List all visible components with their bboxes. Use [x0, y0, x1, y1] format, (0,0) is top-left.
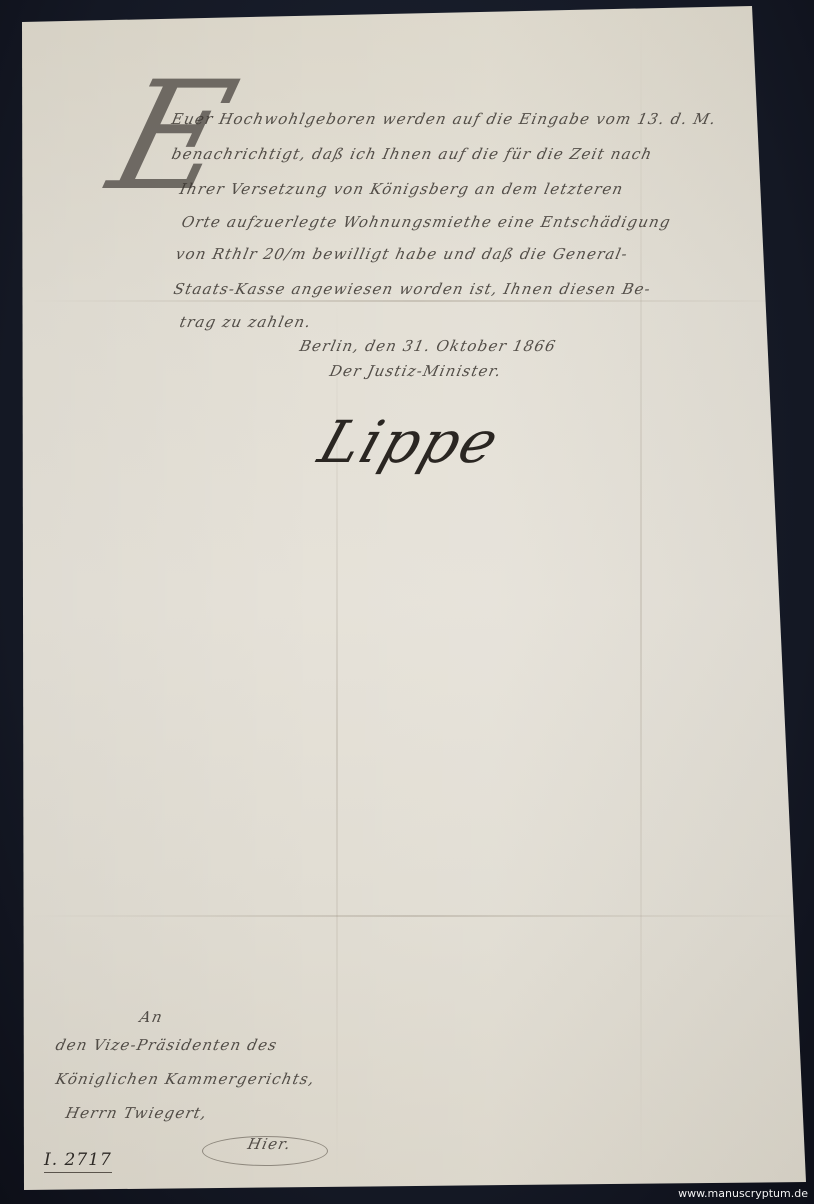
body-line-2: benachrichtigt, daß ich Ihnen auf die fü… [170, 145, 654, 163]
body-line-4: Orte aufzuerlegte Wohnungsmiethe eine En… [180, 213, 673, 231]
body-line-6: Staats-Kasse angewiesen worden ist, Ihne… [172, 280, 653, 298]
address-line-1: den Vize-Präsidenten des [54, 1036, 279, 1054]
address-line-3: Herrn Twiegert, [64, 1104, 209, 1122]
address-honorific: Hier. [246, 1135, 293, 1153]
fold-line-horizontal-upper [30, 300, 800, 302]
reference-number: I. 2717 [44, 1150, 112, 1173]
body-line-1: Euer Hochwohlgeboren werden auf die Eing… [170, 110, 718, 128]
signature-title: Der Justiz-Minister. [328, 362, 503, 380]
body-line-3: Ihrer Versetzung von Königsberg an dem l… [178, 180, 625, 198]
body-line-5: von Rthlr 20/m bewilligt habe und daß di… [174, 245, 630, 263]
address-salutation: An [138, 1008, 165, 1026]
fold-line-horizontal-lower [30, 915, 800, 917]
dateline: Berlin, den 31. Oktober 1866 [298, 337, 558, 355]
address-line-2: Königlichen Kammergerichts, [54, 1070, 317, 1088]
watermark: www.manuscryptum.de [678, 1187, 808, 1200]
fold-line-vertical-right [640, 20, 642, 1180]
signature: Lippe [311, 408, 509, 476]
body-line-7: trag zu zahlen. [178, 313, 313, 331]
document-photo: E Euer Hochwohlgeboren werden auf die Ei… [0, 0, 814, 1204]
